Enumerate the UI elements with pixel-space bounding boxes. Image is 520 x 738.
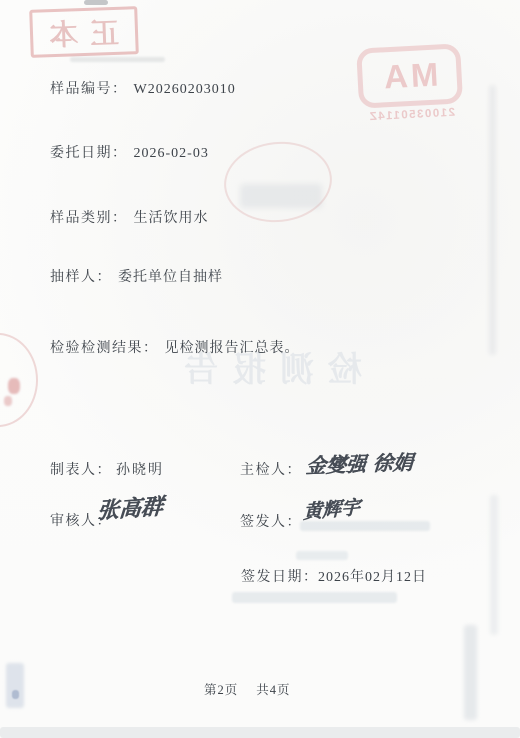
field-sampler-value: 委托单位自抽样 bbox=[118, 270, 223, 285]
cma-logo: MA bbox=[356, 43, 463, 108]
scan-edge-bottom bbox=[0, 727, 520, 738]
field-sample-number: 样品编号：W20260203010 bbox=[50, 78, 236, 98]
chief-inspector-label: 主检人： bbox=[240, 459, 302, 479]
field-commission-date: 委托日期：2026-02-03 bbox=[50, 142, 209, 162]
showthrough-text-line-2 bbox=[296, 551, 348, 560]
issue-date-value: 2026年02月12日 bbox=[318, 566, 427, 586]
issuer-signature: 黄辉宇 bbox=[303, 492, 360, 524]
reviewer-signature: 张高群 bbox=[96, 490, 164, 526]
footer-current-page: 第2页 bbox=[204, 683, 238, 697]
field-sample-category: 样品类别：生活饮用水 bbox=[50, 207, 209, 227]
chief-inspector-signature: 金燮强 徐娟 bbox=[305, 446, 414, 479]
preparer-label: 制表人： bbox=[50, 459, 112, 479]
field-test-result: 检验检测结果：见检测报告汇总表。 bbox=[50, 337, 300, 357]
field-sampler-label: 抽样人： bbox=[50, 270, 112, 285]
page-footer: 第2页共4页 bbox=[204, 680, 291, 698]
paper-fold-shadow-middle bbox=[490, 495, 498, 635]
preparer-name: 孙晓明 bbox=[116, 459, 164, 479]
left-edge-seal-mark bbox=[8, 378, 20, 394]
round-seal-smudge bbox=[240, 184, 322, 208]
paper-fold-shadow-top bbox=[489, 85, 496, 355]
field-sampler: 抽样人：委托单位自抽样 bbox=[50, 266, 223, 286]
left-edge-seal-mark-2 bbox=[4, 396, 12, 406]
field-sample-number-value: W20260203010 bbox=[134, 82, 236, 97]
field-commission-date-value: 2026-02-03 bbox=[134, 146, 209, 161]
ink-dot-bottom-left bbox=[12, 690, 19, 699]
scanned-report-page: 正本 MA 2100350114Z 检测报告 样品编号：W20260203010… bbox=[0, 0, 520, 738]
paper-fold-shadow-bottom bbox=[464, 625, 477, 720]
issue-date-label: 签发日期： bbox=[241, 566, 319, 586]
field-test-result-value: 见检测报告汇总表。 bbox=[165, 341, 300, 356]
scan-artifact-under-stamp bbox=[70, 57, 165, 62]
scan-artifact-top bbox=[84, 0, 108, 5]
cma-mark: MA 2100350114Z bbox=[354, 43, 466, 124]
field-sample-number-label: 样品编号： bbox=[50, 82, 128, 97]
field-commission-date-label: 委托日期： bbox=[50, 146, 128, 161]
footer-total-pages: 共4页 bbox=[256, 683, 290, 697]
round-seal-showthrough bbox=[220, 137, 336, 228]
showthrough-text-line-1 bbox=[300, 521, 430, 531]
field-sample-category-label: 样品类别： bbox=[50, 211, 128, 226]
original-copy-stamp-text: 正本 bbox=[36, 10, 131, 54]
showthrough-text-line-3 bbox=[232, 592, 397, 603]
field-test-result-label: 检验检测结果： bbox=[50, 341, 159, 356]
original-copy-stamp: 正本 bbox=[29, 6, 139, 58]
cma-certificate-number: 2100350114Z bbox=[357, 106, 465, 124]
issuer-label: 签发人： bbox=[240, 511, 302, 531]
ink-smear-bottom-left bbox=[6, 663, 24, 708]
field-sample-category-value: 生活饮用水 bbox=[134, 211, 209, 226]
